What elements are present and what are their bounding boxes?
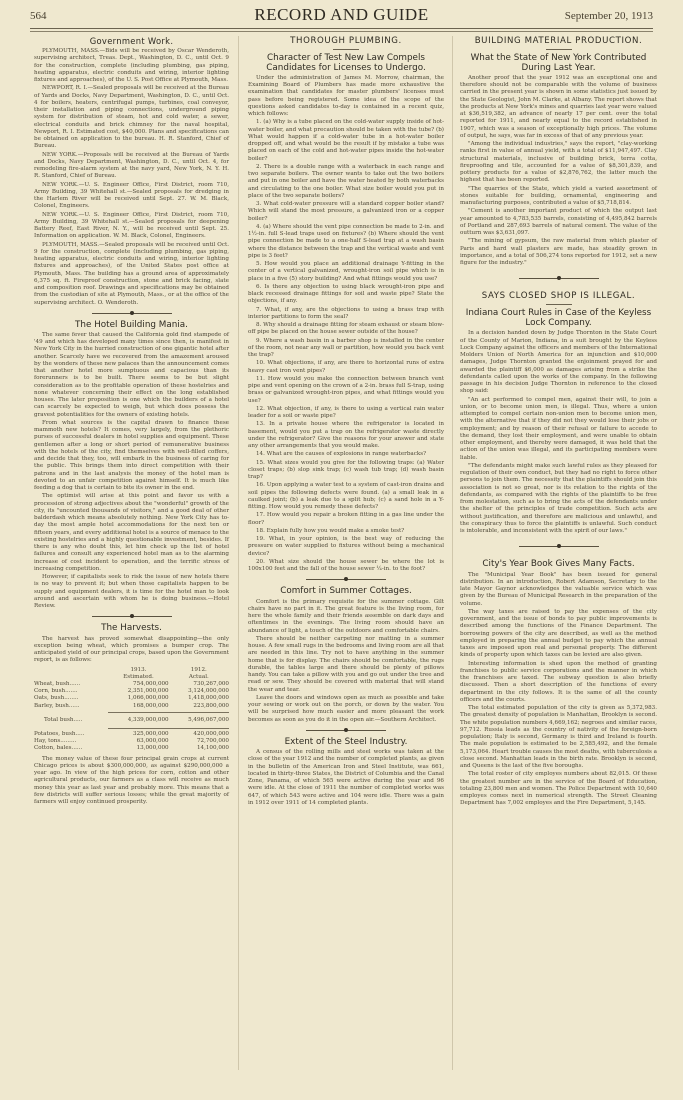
section-ornament <box>519 275 599 281</box>
paragraph: Leave the doors and windows open as much… <box>248 695 444 724</box>
masthead: 564 RECORD AND GUIDE September 20, 1913 <box>30 4 653 30</box>
article-body: In a decision handed down by Judge Thorn… <box>460 330 657 535</box>
paragraph: 13. In a private house where the refrige… <box>248 421 444 450</box>
paragraph: PLYMOUTH, MASS.—Sealed proposals will be… <box>34 242 229 307</box>
column-header: Actual. <box>169 674 229 681</box>
paragraph: 5. How would you place an additional dra… <box>248 261 444 283</box>
article-heading: BUILDING MATERIAL PRODUCTION. <box>460 36 657 47</box>
row-label: Oats, bush........ <box>34 695 108 702</box>
table-row: Cotton, bales......13,000,00014,100,000 <box>34 745 229 752</box>
section-ornament <box>92 613 172 619</box>
paragraph: However, if capitalists seek to risk the… <box>34 574 229 610</box>
paragraph: The same fever that caused the Californi… <box>34 332 229 419</box>
value-1912: 72,700,000 <box>169 738 229 745</box>
value-1912: 14,100,000 <box>169 745 229 752</box>
value-1912: 730,267,000 <box>169 681 229 688</box>
article-subheading: What the State of New York Contributed D… <box>460 53 657 73</box>
article-heading: The Hotel Building Mania. <box>34 320 229 330</box>
value-1913: 13,000,000 <box>108 745 168 752</box>
paragraph: 19. What, in your opinion, is the best w… <box>248 536 444 558</box>
paragraph: 2. There is a double range with a waterb… <box>248 164 444 200</box>
value-1912: 1,418,000,000 <box>169 695 229 702</box>
heading-rule <box>546 49 572 50</box>
masthead-rule <box>30 28 653 29</box>
article-heading: SAYS CLOSED SHOP IS ILLEGAL. <box>460 291 657 302</box>
paragraph: Comfort is the primary requisite for the… <box>248 599 444 635</box>
table-header-row: 1913. 1912. <box>34 667 229 674</box>
paragraph: "The defendants might make such lawful r… <box>460 463 657 536</box>
paragraph: 4. (a) Where should the vent pipe connec… <box>248 224 444 260</box>
article-hotel-building-mania: The Hotel Building Mania. The same fever… <box>34 320 229 611</box>
paragraph: A census of the rolling mills and steel … <box>248 749 444 807</box>
article-subheading: Indiana Court Rules in Case of the Keyle… <box>460 308 657 328</box>
grain-rows: Wheat, bush......754,000,000730,267,000C… <box>34 681 229 710</box>
table-row: Potatoes, bush.....325,000,000420,000,00… <box>34 731 229 738</box>
paragraph: In a decision handed down by Judge Thorn… <box>460 330 657 395</box>
paragraph: NEW YORK.—Proposals will be received at … <box>34 152 229 181</box>
row-label: Cotton, bales...... <box>34 745 108 752</box>
row-label: Wheat, bush...... <box>34 681 108 688</box>
article-thorough-plumbing: THOROUGH PLUMBING. Character of Test New… <box>248 36 444 573</box>
paragraph: 7. What, if any, are the objections to u… <box>248 307 444 322</box>
article-comfort-summer-cottages: Comfort in Summer Cottages. Comfort is t… <box>248 586 444 723</box>
paragraph: 10. What objections, if any, are there t… <box>248 360 444 375</box>
paragraph: The "Municipal Year Book" has been issue… <box>460 572 657 608</box>
value-1912: 420,000,000 <box>169 731 229 738</box>
paragraph: 18. Explain fully how you would make a s… <box>248 528 444 535</box>
masthead-rule-secondary <box>30 31 653 32</box>
table-row: Corn, bush.......2,351,000,0003,124,000,… <box>34 688 229 695</box>
paragraph: 14. What are the causes of explosions in… <box>248 451 444 458</box>
heading-rule <box>333 49 359 50</box>
article-steel-industry: Extent of the Steel Industry. A census o… <box>248 737 444 807</box>
value-1913: 754,000,000 <box>108 681 168 688</box>
section-ornament <box>306 727 386 733</box>
table-row: Wheat, bush......754,000,000730,267,000 <box>34 681 229 688</box>
table-row: Hay, tons.........63,000,00072,700,000 <box>34 738 229 745</box>
paragraph: 3. What cold-water pressure will a stand… <box>248 201 444 223</box>
article-building-material-production: BUILDING MATERIAL PRODUCTION. What the S… <box>460 36 657 267</box>
paragraph: 1. (a) Why is a tube placed on the cold-… <box>248 119 444 163</box>
article-heading: Extent of the Steel Industry. <box>248 737 444 747</box>
article-body: PLYMOUTH, MASS.—Bids will be received by… <box>34 48 229 307</box>
row-label: Hay, tons......... <box>34 738 108 745</box>
paragraph: Interesting information is shed upon the… <box>460 661 657 705</box>
paragraph: NEWPORT, R. I.—Sealed proposals will be … <box>34 85 229 150</box>
value-1913: 4,339,000,000 <box>108 712 168 728</box>
article-closing: The money value of these four principal … <box>34 756 229 807</box>
newspaper-page: 564 RECORD AND GUIDE September 20, 1913 … <box>0 0 683 1100</box>
paragraph: Another proof that the year 1912 was an … <box>460 75 657 140</box>
value-1913: 2,351,000,000 <box>108 688 168 695</box>
value-1913: 1,066,000,000 <box>108 695 168 702</box>
article-body: Comfort is the primary requisite for the… <box>248 599 444 724</box>
table-row-total: Total bush..... 4,339,000,000 5,496,067,… <box>34 712 229 728</box>
paragraph: From what sources is the capital drawn t… <box>34 420 229 493</box>
paragraph: NEW YORK.—U. S. Engineer Office, First D… <box>34 212 229 241</box>
article-heading: Government Work. <box>34 36 229 46</box>
article-body: Another proof that the year 1912 was an … <box>460 75 657 268</box>
paragraph: 6. Is there any objection to using black… <box>248 284 444 306</box>
paragraph: Under the administration of James M. Mor… <box>248 75 444 119</box>
column-left: Government Work. PLYMOUTH, MASS.—Bids wi… <box>34 36 229 807</box>
article-heading: City's Year Book Gives Many Facts. <box>460 559 657 569</box>
paragraph: NEW YORK.—U. S. Engineer Office, First D… <box>34 182 229 211</box>
paragraph: 15. What sizes would you give for the fo… <box>248 460 444 482</box>
article-intro: The harvest has proved somewhat disappoi… <box>34 636 229 665</box>
article-body: The "Municipal Year Book" has been issue… <box>460 572 657 808</box>
value-1913: 63,000,000 <box>108 738 168 745</box>
article-subheading: Character of Test New Law Compels Candid… <box>248 53 444 73</box>
harvest-table: 1913. 1912. Estimated. Actual. Wheat, bu… <box>34 667 229 753</box>
paragraph: The way taxes are raised to pay the expe… <box>460 609 657 660</box>
paragraph: The total roster of city employes number… <box>460 771 657 807</box>
paragraph: "An act performed to compel men, against… <box>460 397 657 462</box>
row-label: Corn, bush....... <box>34 688 108 695</box>
value-1912: 5,496,067,000 <box>169 712 229 728</box>
paragraph: PLYMOUTH, MASS.—Bids will be received by… <box>34 48 229 84</box>
column-divider <box>238 36 239 1070</box>
paragraph: The optimist will arise at this point an… <box>34 493 229 573</box>
value-1913: 325,000,000 <box>108 731 168 738</box>
issue-date: September 20, 1913 <box>565 10 653 22</box>
row-label: Barley, bush...... <box>34 703 108 710</box>
section-ornament <box>519 543 599 549</box>
heading-rule <box>546 304 572 305</box>
article-city-year-book: City's Year Book Gives Many Facts. The "… <box>460 559 657 807</box>
row-label: Total bush..... <box>34 712 108 728</box>
article-government-work: Government Work. PLYMOUTH, MASS.—Bids wi… <box>34 36 229 307</box>
table-header-row: Estimated. Actual. <box>34 674 229 681</box>
article-body: Under the administration of James M. Mor… <box>248 75 444 574</box>
section-ornament <box>92 310 172 316</box>
section-ornament <box>306 576 386 582</box>
value-1913: 168,000,000 <box>108 703 168 710</box>
column-header: 1912. <box>169 667 229 674</box>
publication-title: RECORD AND GUIDE <box>30 5 653 25</box>
article-body: The same fever that caused the Californi… <box>34 332 229 611</box>
paragraph: 20. What size should the house sewer be … <box>248 559 444 574</box>
paragraph: "The mining of gypsum, the raw material … <box>460 238 657 267</box>
article-harvests: The Harvests. The harvest has proved som… <box>34 623 229 806</box>
paragraph: The total estimated population of the ci… <box>460 705 657 770</box>
column-header: Estimated. <box>108 674 168 681</box>
table-row: Oats, bush........1,066,000,0001,418,000… <box>34 695 229 702</box>
column-middle: THOROUGH PLUMBING. Character of Test New… <box>248 36 444 808</box>
paragraph: 16. Upon applying a water test to a syst… <box>248 482 444 511</box>
article-heading: The Harvests. <box>34 623 229 633</box>
column-header: 1913. <box>108 667 168 674</box>
paragraph: 8. Why should a drainage fitting for ste… <box>248 322 444 337</box>
paragraph: 9. Where a wash basin in a barber shop i… <box>248 338 444 360</box>
article-closed-shop-illegal: SAYS CLOSED SHOP IS ILLEGAL. Indiana Cou… <box>460 291 657 535</box>
article-heading: Comfort in Summer Cottages. <box>248 586 444 596</box>
paragraph: "Among the individual industries," says … <box>460 141 657 185</box>
article-body: A census of the rolling mills and steel … <box>248 749 444 807</box>
paragraph: 12. What objection, if any, is there to … <box>248 406 444 421</box>
column-right: BUILDING MATERIAL PRODUCTION. What the S… <box>460 36 657 809</box>
paragraph: There should be neither carpeting nor ma… <box>248 636 444 694</box>
paragraph: 17. How would you repair a broken fittin… <box>248 512 444 527</box>
table-row: Barley, bush......168,000,000223,800,000 <box>34 703 229 710</box>
value-1912: 223,800,000 <box>169 703 229 710</box>
row-label: Potatoes, bush..... <box>34 731 108 738</box>
column-divider <box>452 36 453 1070</box>
paragraph: 11. How would you make the connection be… <box>248 376 444 405</box>
value-1912: 3,124,000,000 <box>169 688 229 695</box>
paragraph: "Cement is another important product of … <box>460 208 657 237</box>
other-crop-rows: Potatoes, bush.....325,000,000420,000,00… <box>34 731 229 753</box>
article-heading: THOROUGH PLUMBING. <box>248 36 444 47</box>
paragraph: "The quarries of the State, which yield … <box>460 186 657 208</box>
